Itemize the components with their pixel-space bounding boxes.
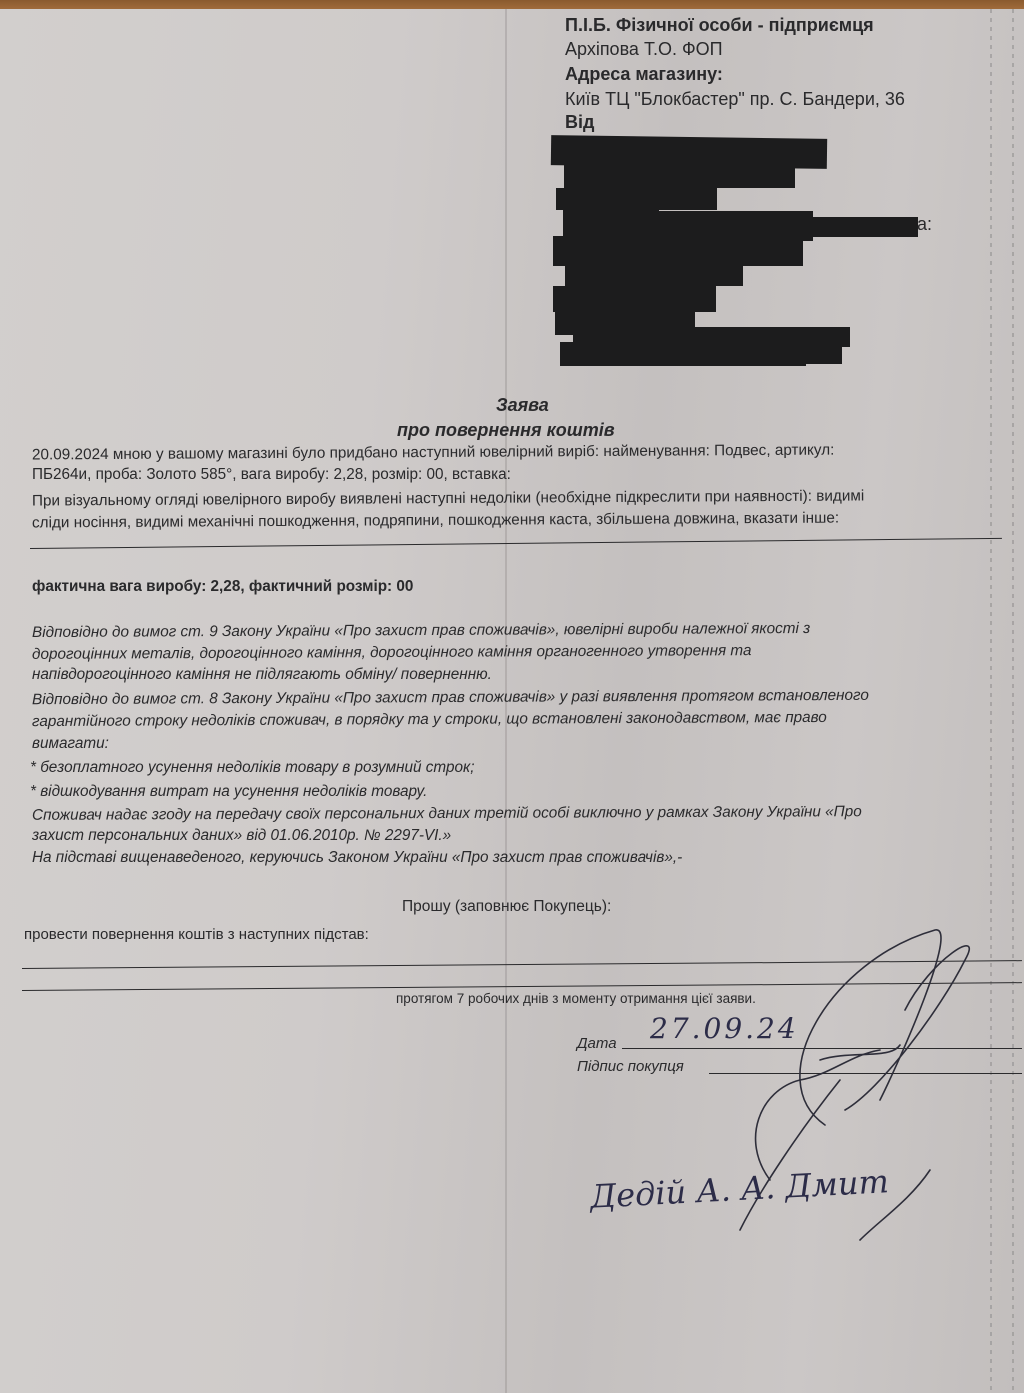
paper-edge xyxy=(990,9,992,1393)
legal-p2-line2: гарантійного строку недоліків споживач, … xyxy=(32,708,827,732)
paper-edge xyxy=(1012,9,1014,1393)
store-address-label: Адреса магазину: xyxy=(565,63,723,85)
legal-p3-line2: захист персональних даних» від 01.06.201… xyxy=(32,826,451,846)
actual-weight-size: фактична вага виробу: 2,28, фактичний ро… xyxy=(32,577,413,597)
legal-p4: На підставі вищенаведеного, керуючись За… xyxy=(32,848,682,868)
legal-bullet-1: * безоплатного усунення недоліків товару… xyxy=(30,758,475,778)
signature-label: Підпис покупця xyxy=(577,1057,684,1077)
legal-p1-line1: Відповідно до вимог ст. 9 Закону України… xyxy=(32,619,810,643)
legal-p3-line1: Споживач надає згоду на передачу своїх п… xyxy=(32,802,862,826)
request-heading: Прошу (заповнює Покупець): xyxy=(402,897,611,917)
date-label: Дата xyxy=(577,1034,617,1054)
legal-p2-line3: вимагати: xyxy=(32,734,109,754)
document-subtitle: про повернення коштів xyxy=(397,420,615,440)
signature-field[interactable] xyxy=(709,1073,1022,1074)
from-label: Від xyxy=(565,111,594,133)
request-reason-label: провести повернення коштів з наступних п… xyxy=(24,925,369,945)
entrepreneur-name: Архіпова Т.О. ФОП xyxy=(565,38,723,60)
legal-bullet-2: * відшкодування витрат на усунення недол… xyxy=(30,782,427,802)
handwritten-date: 27.09.24 xyxy=(650,1012,799,1045)
date-field[interactable] xyxy=(622,1048,1022,1049)
legal-p1-line2: дорогоцінних металів, дорогоцінного камі… xyxy=(32,641,752,665)
document-title: Заява xyxy=(496,395,549,415)
entrepreneur-label: П.І.Б. Фізичної особи - підприємця xyxy=(565,14,874,36)
redacted-line-suffix: а: xyxy=(917,213,932,235)
store-address: Київ ТЦ "Блокбастер" пр. С. Бандери, 36 xyxy=(565,88,905,110)
request-deadline: протягом 7 робочих днів з моменту отрима… xyxy=(396,989,756,1009)
legal-p1-line3: напівдорогоцінного каміння не підлягають… xyxy=(32,665,492,685)
purchase-details-line2: ПБ264и, проба: Золото 585°, вага виробу:… xyxy=(32,465,511,485)
